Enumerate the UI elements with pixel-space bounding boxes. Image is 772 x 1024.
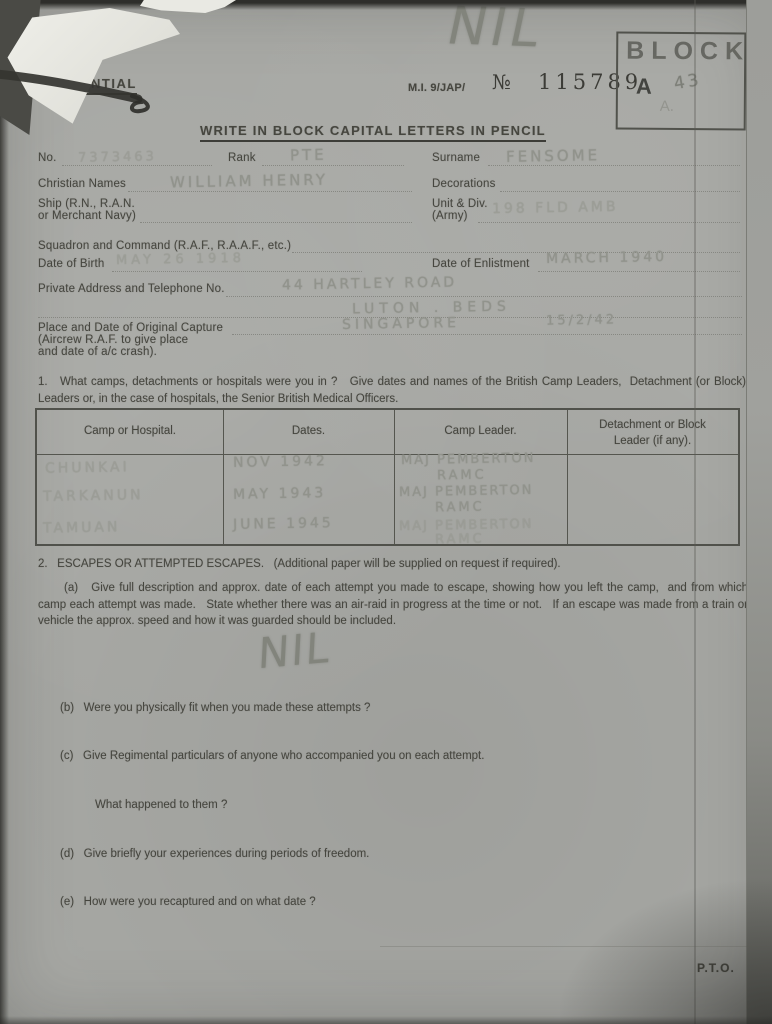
unit-label-line1: Unit & Div.: [432, 198, 488, 210]
col-header-detachment: Detachment or Block Leader (if any).: [567, 418, 738, 449]
instruction-heading: WRITE IN BLOCK CAPITAL LETTERS IN PENCIL: [200, 123, 546, 142]
ship-label-line2: or Merchant Navy): [38, 210, 136, 222]
table-header-separator: [37, 454, 738, 455]
table-row-leader-corps: RAMC: [435, 500, 485, 516]
page-crease-horizontal: [380, 946, 772, 947]
handwritten-nil-answer: NIL: [257, 623, 333, 679]
address-fill-line1: [226, 296, 742, 297]
page-crease-vertical: [694, 0, 696, 1024]
capture-place-value: SINGAPORE: [342, 315, 460, 333]
shadow-bottom-right: [560, 880, 772, 1024]
torn-notch-top: [140, 0, 236, 13]
rank-label: Rank: [228, 152, 256, 164]
section2-question-c: (c) Give Regimental particulars of anyon…: [60, 748, 740, 765]
capture-date-value: 15/2/42: [546, 312, 617, 328]
stamp-pencil-number: 43: [673, 70, 704, 94]
page-edge-right: [746, 0, 772, 1024]
block-stamp-box: BLOCK A 43 A.: [616, 32, 747, 131]
stamp-word: BLOCK: [626, 37, 750, 67]
section2-question-c2: What happened to them ?: [95, 797, 695, 814]
table-row-camp: TAMUAN: [43, 519, 121, 536]
unit-fill-line: [478, 222, 740, 223]
rank-value: PTE: [290, 146, 327, 165]
numero-sign: №: [492, 70, 511, 94]
capture-fill-line: [232, 334, 742, 335]
col-header-dates: Dates.: [223, 424, 394, 440]
section2-heading: 2. ESCAPES OR ATTEMPTED ESCAPES. (Additi…: [38, 556, 748, 573]
scanned-pow-questionnaire: NIL CONFIDENTIAL M.I. 9/JAP/ № 115789 BL…: [0, 0, 772, 1024]
col-header-leader: Camp Leader.: [394, 424, 567, 440]
address-label: Private Address and Telephone No.: [38, 283, 225, 295]
dob-value: MAY 26 1918: [116, 251, 245, 268]
ship-fill-line: [140, 222, 412, 223]
question1-text: 1. What camps, detachments or hospitals …: [38, 374, 746, 407]
ship-label-line1: Ship (R.N., R.A.N.: [38, 198, 135, 210]
capture-label-line2: (Aircrew R.A.F. to give place: [38, 334, 188, 346]
table-row-camp: CHUNKAI: [45, 459, 130, 476]
table-row-leader: MAJ PEMBERTON: [399, 483, 534, 500]
stamp-letter: A: [636, 74, 652, 100]
christian-names-value: WILLIAM HENRY: [170, 171, 328, 192]
table-row-leader-corps: RAMC: [437, 468, 487, 484]
christian-names-label: Christian Names: [38, 178, 126, 190]
stamp-faint-letter: A.: [660, 98, 674, 115]
dob-label: Date of Birth: [38, 258, 105, 270]
squadron-fill-line: [292, 252, 740, 253]
decorations-label: Decorations: [432, 178, 496, 190]
address-value-line1: 44 HARTLEY ROAD: [282, 274, 457, 293]
unit-value: 198 FLD AMB: [492, 199, 619, 217]
enlistment-label: Date of Enlistment: [432, 258, 530, 270]
capture-label-line1: Place and Date of Original Capture: [38, 322, 223, 334]
camps-table: Camp or Hospital. Dates. Camp Leader. De…: [35, 408, 740, 546]
enlistment-value: MARCH 1940: [546, 249, 667, 267]
enlistment-fill-line: [538, 271, 740, 272]
table-row-dates: MAY 1943: [233, 485, 326, 503]
rank-fill-line: [262, 165, 404, 166]
capture-label-line3: and date of a/c crash).: [38, 346, 157, 358]
col-header-camp: Camp or Hospital.: [37, 424, 223, 440]
scan-edge-bottom: [0, 1016, 772, 1024]
section2-question-d: (d) Give briefly your experiences during…: [60, 846, 740, 863]
pencil-scribble-mark: [0, 58, 190, 128]
table-row-dates: NOV 1942: [233, 453, 328, 471]
scan-edge-left: [0, 0, 9, 1024]
decorations-fill-line: [500, 191, 740, 192]
section2-question-b: (b) Were you physically fit when you mad…: [60, 700, 740, 717]
form-reference: M.I. 9/JAP/: [408, 82, 465, 94]
dob-fill-line: [112, 271, 362, 272]
section2-question-a: (a) Give full description and approx. da…: [38, 580, 748, 630]
surname-label: Surname: [432, 152, 480, 164]
no-value: 7373463: [78, 149, 157, 165]
table-row-leader-corps: RAMC: [435, 532, 485, 548]
scan-edge-top: [0, 0, 772, 10]
no-label: No.: [38, 152, 57, 164]
table-row-dates: JUNE 1945: [233, 515, 334, 533]
table-row-leader: MAJ PEMBERTON: [401, 451, 536, 468]
squadron-label: Squadron and Command (R.A.F., R.A.A.F., …: [38, 240, 291, 252]
unit-label-line2: (Army): [432, 210, 468, 222]
table-row-camp: TARKANUN: [43, 487, 144, 505]
surname-value: FENSOME: [506, 146, 600, 166]
